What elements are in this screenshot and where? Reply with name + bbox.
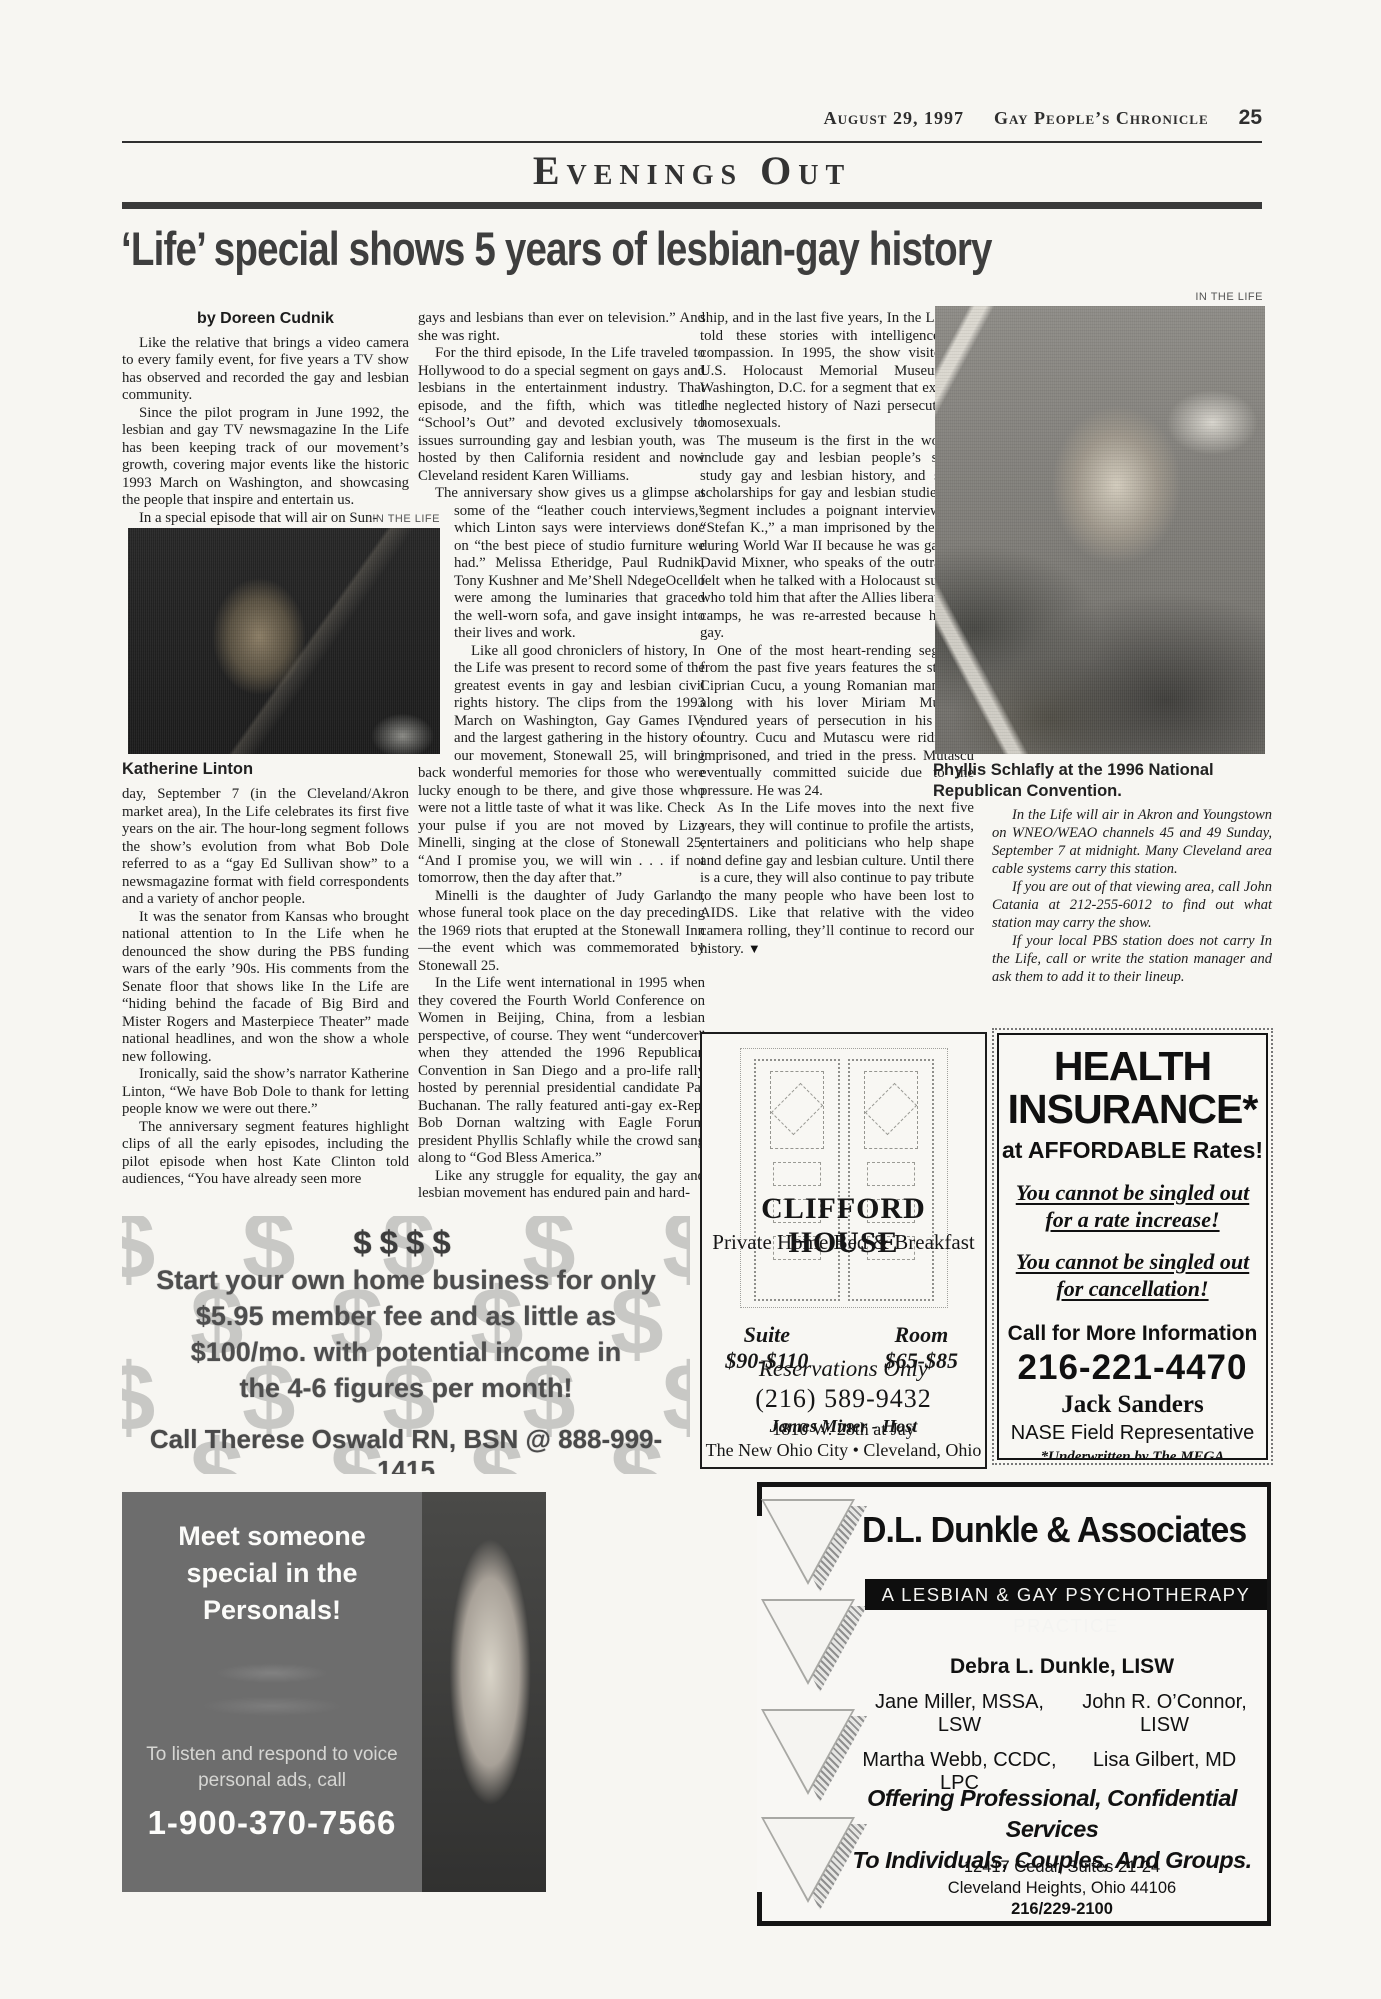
masthead-dateline: August 29, 1997 Gay People’s Chronicle 2… bbox=[824, 106, 1262, 130]
footnote-line: *Underwritten by The MEGA bbox=[999, 1448, 1266, 1460]
article-text: The anniversary show gives us a glimpse … bbox=[435, 485, 705, 519]
issue-date: August 29, 1997 bbox=[824, 108, 964, 129]
article-text: which Linton says were interviews done o… bbox=[454, 520, 705, 641]
article-paragraph: day, September 7 (in the Cleveland/Akron… bbox=[122, 786, 409, 909]
airing-note: In the Life will air in Akron and Youngs… bbox=[992, 806, 1272, 986]
clifford-house-ad: CLIFFORD HOUSE Private Home Bed & Breakf… bbox=[700, 1032, 987, 1469]
principal-name: Debra L. Dunkle, LISW bbox=[862, 1655, 1262, 1679]
instruction-text: To listen and respond to voice personal … bbox=[136, 1742, 408, 1794]
article-headline: ‘Life’ special shows 5 years of lesbian-… bbox=[121, 221, 1236, 276]
footnote: *Underwritten by The MEGA Life & Health … bbox=[999, 1448, 1266, 1460]
photo-credit: IN THE LIFE bbox=[260, 513, 440, 525]
pink-triangle-icon bbox=[761, 1599, 855, 1685]
pink-triangle-icon bbox=[761, 1709, 855, 1795]
photo-caption: Phyllis Schlafly at the 1996 National Re… bbox=[933, 760, 1267, 802]
phone-number: 1-900-370-7566 bbox=[122, 1804, 422, 1842]
advertiser-name: D.L. Dunkle & Associates bbox=[862, 1509, 1238, 1551]
reservations-line: Reservations Only bbox=[702, 1356, 985, 1382]
phone-number: 216/229-2100 bbox=[862, 1899, 1262, 1920]
dunkle-associates-ad: D.L. Dunkle & Associates A LESBIAN & GAY… bbox=[757, 1482, 1271, 1926]
pink-triangle-icon bbox=[761, 1499, 855, 1585]
katherine-linton-photo bbox=[128, 528, 440, 754]
staff-list: Jane Miller, MSSA, LSW John R. O’Connor,… bbox=[857, 1691, 1267, 1795]
benefit-claim: You cannot be singled out for a rate inc… bbox=[1011, 1179, 1254, 1233]
health-insurance-ad: HEALTH INSURANCE* at AFFORDABLE Rates! Y… bbox=[992, 1028, 1273, 1465]
agent-title: NASE Field Representative bbox=[999, 1422, 1266, 1445]
call-to-action: Call for More Information bbox=[999, 1322, 1266, 1346]
ad-text-line: $5.95 member fee and as little as bbox=[122, 1298, 690, 1334]
dollar-signs: $$$$ bbox=[122, 1224, 690, 1262]
faded-print-area bbox=[162, 1660, 382, 1726]
services-line: Offering Professional, Confidential Serv… bbox=[842, 1783, 1262, 1845]
ad-headline: Meet someone special in the Personals! bbox=[157, 1518, 387, 1629]
photo-credit: IN THE LIFE bbox=[1063, 291, 1263, 303]
ad-title-line: HEALTH bbox=[999, 1045, 1266, 1088]
header-rule-thin bbox=[122, 141, 1262, 143]
byline: by Doreen Cudnik bbox=[122, 310, 409, 328]
note-paragraph: If your local PBS station does not carry… bbox=[992, 932, 1272, 986]
article-column-1-continued: day, September 7 (in the Cleveland/Akron… bbox=[122, 786, 409, 1210]
door-illustration bbox=[740, 1048, 948, 1308]
phone-number: 216-221-4470 bbox=[999, 1348, 1266, 1388]
advertiser-tagline: Private Home Bed & Breakfast bbox=[702, 1230, 985, 1255]
article-paragraph: Like the relative that brings a video ca… bbox=[122, 335, 409, 405]
ad-text-line: $100/mo. with potential income in bbox=[122, 1334, 690, 1370]
door-right-icon bbox=[848, 1059, 934, 1301]
address-line: Cleveland Heights, Ohio 44106 bbox=[862, 1878, 1262, 1899]
article-paragraph: The anniversary segment features highlig… bbox=[122, 1119, 409, 1189]
header-rule-thick bbox=[122, 202, 1262, 209]
article-paragraph: Minelli is the daughter of Judy Garland,… bbox=[418, 888, 705, 976]
article-column-2: gays and lesbians than ever on televisio… bbox=[418, 310, 705, 1210]
ad-subtitle: at AFFORDABLE Rates! bbox=[999, 1137, 1266, 1164]
article-paragraph: The museum is the first in the world to … bbox=[700, 433, 974, 643]
agent-name: Jack Sanders bbox=[999, 1391, 1266, 1419]
article-paragraph: The anniversary show gives us a glimpse … bbox=[418, 485, 705, 643]
phone-number: (216) 589-9432 bbox=[702, 1384, 985, 1414]
article-paragraph: ship, and in the last five years, In the… bbox=[700, 310, 974, 433]
personals-ad: Meet someone special in the Personals! T… bbox=[122, 1492, 546, 1892]
article-paragraph: Like all good chroniclers of history, In… bbox=[418, 643, 705, 888]
photo-intrusion-spacer bbox=[418, 503, 448, 765]
ad-title-line: INSURANCE* bbox=[999, 1088, 1266, 1131]
article-paragraph: In the Life went international in 1995 w… bbox=[418, 975, 705, 1168]
door-left-icon bbox=[754, 1059, 840, 1301]
address: 1810 W. 28th at Jay The New Ohio City • … bbox=[702, 1419, 985, 1461]
section-title: Evenings Out bbox=[122, 147, 1262, 194]
photo-caption: Katherine Linton bbox=[122, 759, 409, 780]
benefit-claim: You cannot be singled out for cancellati… bbox=[1011, 1248, 1254, 1302]
article-paragraph: Like any struggle for equality, the gay … bbox=[418, 1168, 705, 1203]
staff-name: Jane Miller, MSSA, LSW bbox=[857, 1691, 1062, 1737]
practice-banner: A LESBIAN & GAY PSYCHOTHERAPY PRACTICE bbox=[865, 1579, 1267, 1610]
phone-number: Call Therese Oswald RN, BSN @ 888-999-14… bbox=[122, 1424, 690, 1474]
article-text: As In the Life moves into the next five … bbox=[700, 800, 974, 957]
end-of-article-icon: ▼ bbox=[744, 941, 761, 956]
address: 12417 Cedar, Suites 21-24 Cleveland Heig… bbox=[862, 1857, 1262, 1920]
newspaper-page: August 29, 1997 Gay People’s Chronicle 2… bbox=[0, 0, 1381, 1999]
personals-photo bbox=[422, 1492, 546, 1892]
publication-name: Gay People’s Chronicle bbox=[994, 108, 1209, 129]
article-paragraph: gays and lesbians than ever on televisio… bbox=[418, 310, 705, 345]
note-paragraph: In the Life will air in Akron and Youngs… bbox=[992, 806, 1272, 878]
ad-title: HEALTH INSURANCE* bbox=[999, 1045, 1266, 1131]
article-paragraph: It was the senator from Kansas who broug… bbox=[122, 909, 409, 1067]
address-line: 12417 Cedar, Suites 21-24 bbox=[862, 1857, 1262, 1878]
article-paragraph: As In the Life moves into the next five … bbox=[700, 800, 974, 959]
article-paragraph: For the third episode, In the Life trave… bbox=[418, 345, 705, 485]
pink-triangle-icon bbox=[761, 1817, 855, 1903]
article-paragraph: Since the pilot program in June 1992, th… bbox=[122, 405, 409, 510]
address-line: 1810 W. 28th at Jay bbox=[702, 1419, 985, 1440]
article-column-3: ship, and in the last five years, In the… bbox=[700, 310, 974, 1026]
ad-text-line: the 4-6 figures per month! bbox=[122, 1370, 690, 1406]
ad-text-line: Start your own home business for only bbox=[122, 1262, 690, 1298]
page-number: 25 bbox=[1239, 106, 1262, 130]
home-business-ad: $ $ $ $ $ $ $ $ $ $ $ $ $ $ $ $ $ $ $ $ … bbox=[122, 1216, 690, 1474]
article-column-1: by Doreen Cudnik Like the relative that … bbox=[122, 310, 409, 528]
staff-name: John R. O’Connor, LISW bbox=[1062, 1691, 1267, 1737]
address-line: The New Ohio City • Cleveland, Ohio bbox=[702, 1440, 985, 1461]
article-paragraph: Ironically, said the show’s narrator Kat… bbox=[122, 1066, 409, 1119]
phyllis-schlafly-photo bbox=[935, 306, 1265, 754]
personals-text-panel: Meet someone special in the Personals! T… bbox=[122, 1492, 422, 1892]
note-paragraph: If you are out of that viewing area, cal… bbox=[992, 878, 1272, 932]
